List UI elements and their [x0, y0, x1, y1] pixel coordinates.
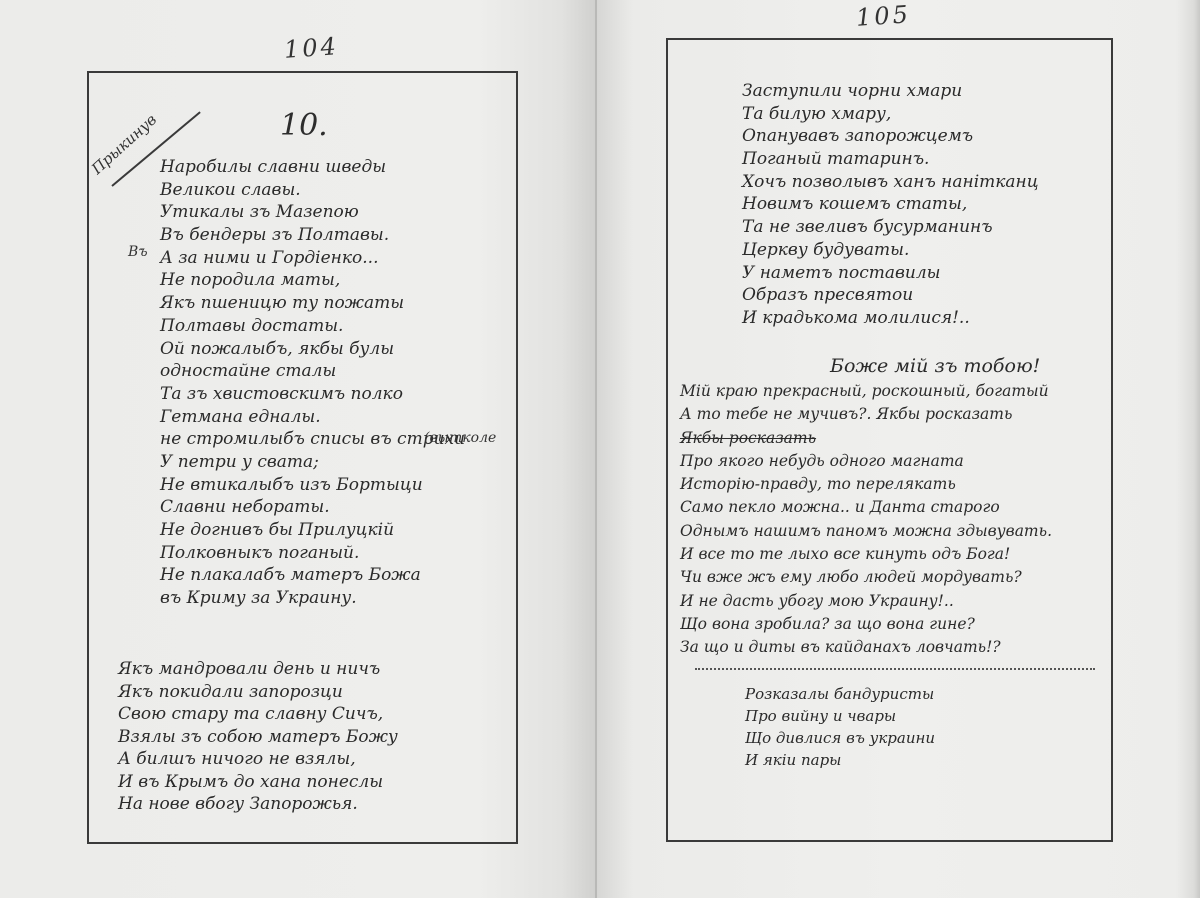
- verse-line: У наметъ поставилы: [742, 262, 1039, 285]
- verse-line: Наробилы славни шведы: [160, 156, 465, 179]
- left-stanza-2: Якъ мандровали день и ничъ Якъ покидали …: [118, 658, 398, 816]
- verse-line: Якъ покидали запорозци: [118, 681, 398, 704]
- verse-line: На нове вбогу Запорожья.: [118, 793, 398, 816]
- verse-line: Не плакалабъ матеръ Божа: [160, 564, 465, 587]
- verse-line: Не догнивъ бы Прилуцкій: [160, 519, 465, 542]
- dotted-divider: [695, 668, 1095, 670]
- verse-line: Взялы зъ собою матеръ Божу: [118, 726, 398, 749]
- verse-line: Мій краю прекрасный, роскошный, богатый: [680, 380, 1052, 403]
- verse-line: одностайне сталы: [160, 360, 465, 383]
- verse-line: въ Криму за Украину.: [160, 587, 465, 610]
- right-stanza-3: Розказалы бандуристы Про вийну и чвары Щ…: [745, 683, 935, 771]
- verse-line: Про вийну и чвары: [745, 705, 935, 727]
- verse-line-struck: Якбы росказать: [680, 427, 1052, 450]
- verse-line: не стромилыбъ списы въ стрихи: [160, 428, 465, 451]
- verse-line: Само пекло можна.. и Данта старого: [680, 496, 1052, 519]
- verse-line: А билшъ ничого не взялы,: [118, 748, 398, 771]
- verse-line: Полковныкъ поганый.: [160, 542, 465, 565]
- left-page: 104 Прыкинув 10. Въ Наробилы славни швед…: [0, 0, 597, 898]
- verse-line: И крадькома молилися!..: [742, 307, 1039, 330]
- verse-line: Однымъ нашимъ паномъ можна здывувать.: [680, 520, 1052, 543]
- verse-line: А то тебе не мучивъ?. Якбы росказать: [680, 403, 1052, 426]
- verse-line: Що вона зробила? за що вона гине?: [680, 613, 1052, 636]
- verse-line: Въ бендеры зъ Полтавы.: [160, 224, 465, 247]
- verse-line: Ой пожалыбъ, якбы булы: [160, 338, 465, 361]
- verse-line: Опанувавъ запорожцемъ: [742, 125, 1039, 148]
- verse-line: Що дивлися въ украини: [745, 727, 935, 749]
- verse-line: Не втикалыбъ изъ Бортыци: [160, 474, 465, 497]
- verse-line: Та билую хмару,: [742, 103, 1039, 126]
- right-stanza-2: Мій краю прекрасный, роскошный, богатый …: [680, 380, 1052, 660]
- verse-line: Не породила маты,: [160, 269, 465, 292]
- poem-number: 10.: [280, 108, 328, 143]
- verse-line: Якъ мандровали день и ничъ: [118, 658, 398, 681]
- verse-line: Великои славы.: [160, 179, 465, 202]
- verse-line: И въ Крымъ до хана понеслы: [118, 771, 398, 794]
- verse-line: И все то те лыхо все кинуть одъ Бога!: [680, 543, 1052, 566]
- verse-line: А за ними и Гордіенко...: [160, 247, 465, 270]
- page-number-right: 105: [855, 0, 912, 32]
- book-spread: 104 Прыкинув 10. Въ Наробилы славни швед…: [0, 0, 1200, 898]
- verse-line: Свою стару та славну Сичъ,: [118, 703, 398, 726]
- verse-line: Церкву будуваты.: [742, 239, 1039, 262]
- verse-line: Новимъ кошемъ статы,: [742, 193, 1039, 216]
- verse-line: И не дасть убогу мою Украину!..: [680, 590, 1052, 613]
- verse-line: Заступили чорни хмари: [742, 80, 1039, 103]
- verse-line: Образъ пресвятои: [742, 284, 1039, 307]
- verse-line: Та зъ хвистовскимъ полко: [160, 383, 465, 406]
- verse-line: Якъ пшеницю ту пожаты: [160, 292, 465, 315]
- verse-line: Исторію-правду, то перелякать: [680, 473, 1052, 496]
- verse-line: Хочъ позволывъ ханъ нанітканц: [742, 171, 1039, 194]
- verse-line: Чи вже жъ ему любо людей мордувать?: [680, 566, 1052, 589]
- verse-line: За що и диты въ кайданахъ ловчать!?: [680, 636, 1052, 659]
- verse-line: Про якого небудь одного магната: [680, 450, 1052, 473]
- page-number-left: 104: [283, 32, 340, 64]
- exclamation-heading: Боже мій зъ тобою!: [830, 355, 1040, 377]
- verse-line: И якіи пары: [745, 749, 935, 771]
- verse-line: Утикалы зъ Мазепою: [160, 201, 465, 224]
- verse-line: Гетмана едналы.: [160, 406, 465, 429]
- verse-line: Славни небораты.: [160, 496, 465, 519]
- aside-note: (вытколе: [424, 430, 496, 446]
- verse-line: Полтавы достаты.: [160, 315, 465, 338]
- verse-line: У петри у свата;: [160, 451, 465, 474]
- right-stanza-1: Заступили чорни хмари Та билую хмару, Оп…: [742, 80, 1039, 330]
- verse-line: Та не звеливъ бусурманинъ: [742, 216, 1039, 239]
- verse-line: Поганый татаринъ.: [742, 148, 1039, 171]
- side-mark: Въ: [128, 244, 148, 260]
- verse-line: Розказалы бандуристы: [745, 683, 935, 705]
- left-stanza-1: Наробилы славни шведы Великои славы. Ути…: [160, 156, 465, 610]
